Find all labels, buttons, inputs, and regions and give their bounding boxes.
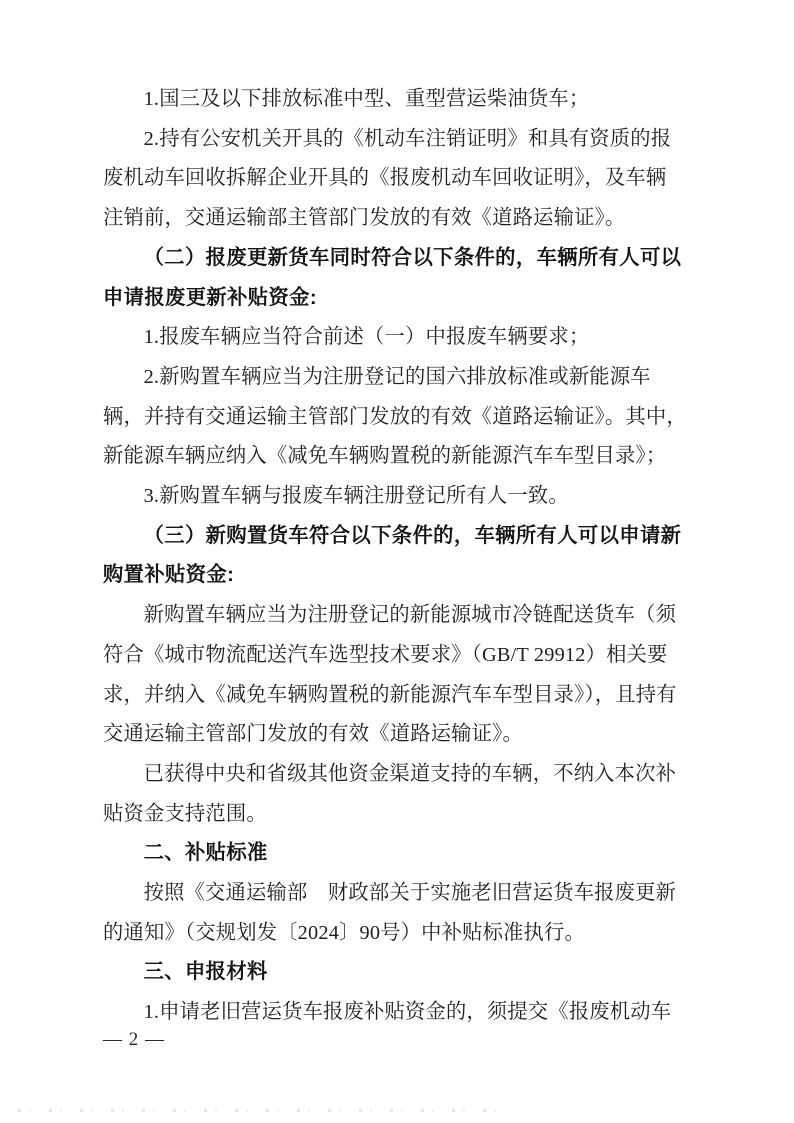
document-line-10: 新能源车辆应纳入《减免车辆购置税的新能源汽车车型目录》； (103, 437, 703, 477)
document-body: 1.国三及以下排放标准中型、重型营运柴油货车；2.持有公安机关开具的《机动车注销… (103, 80, 703, 1033)
document-line-24: 1.申请老旧营运货车报废补贴资金的，须提交《报废机动车 (103, 993, 703, 1033)
scanner-noise-artifact (18, 1109, 508, 1112)
document-line-12: （三）新购置货车符合以下条件的，车辆所有人可以申请新 (103, 517, 703, 557)
document-line-1: 1.国三及以下排放标准中型、重型营运柴油货车； (103, 80, 703, 120)
document-line-20: 二、补贴标准 (103, 834, 703, 874)
document-line-11: 3.新购置车辆与报废车辆注册登记所有人一致。 (103, 477, 703, 517)
document-line-23: 三、申报材料 (103, 953, 703, 993)
document-line-14: 新购置车辆应当为注册登记的新能源城市冷链配送货车（须 (103, 596, 703, 636)
document-line-9: 辆，并持有交通运输主管部门发放的有效《道路运输证》。其中， (103, 398, 703, 438)
document-line-8: 2.新购置车辆应当为注册登记的国六排放标准或新能源车 (103, 358, 703, 398)
document-line-2: 2.持有公安机关开具的《机动车注销证明》和具有资质的报 (103, 120, 703, 160)
document-line-7: 1.报废车辆应当符合前述（一）中报废车辆要求； (103, 318, 703, 358)
document-line-18: 已获得中央和省级其他资金渠道支持的车辆，不纳入本次补 (103, 755, 703, 795)
document-line-22: 的通知》（交规划发〔2024〕90号）中补贴标准执行。 (103, 914, 703, 954)
document-line-6: 申请报废更新补贴资金: (103, 279, 703, 319)
document-line-15: 符合《城市物流配送汽车选型技术要求》（GB/T 29912）相关要 (103, 636, 703, 676)
document-line-3: 废机动车回收拆解企业开具的《报废机动车回收证明》，及车辆 (103, 159, 703, 199)
document-page: 1.国三及以下排放标准中型、重型营运柴油货车；2.持有公安机关开具的《机动车注销… (0, 0, 794, 1123)
page-number: — 2 — (103, 1028, 165, 1052)
document-line-5: （二）报废更新货车同时符合以下条件的，车辆所有人可以 (103, 239, 703, 279)
document-line-13: 购置补贴资金: (103, 556, 703, 596)
document-line-4: 注销前，交通运输部主管部门发放的有效《道路运输证》。 (103, 199, 703, 239)
document-line-16: 求，并纳入《减免车辆购置税的新能源汽车车型目录》），且持有 (103, 676, 703, 716)
document-line-19: 贴资金支持范围。 (103, 795, 703, 835)
document-line-21: 按照《交通运输部 财政部关于实施老旧营运货车报废更新 (103, 874, 703, 914)
document-line-17: 交通运输主管部门发放的有效《道路运输证》。 (103, 715, 703, 755)
